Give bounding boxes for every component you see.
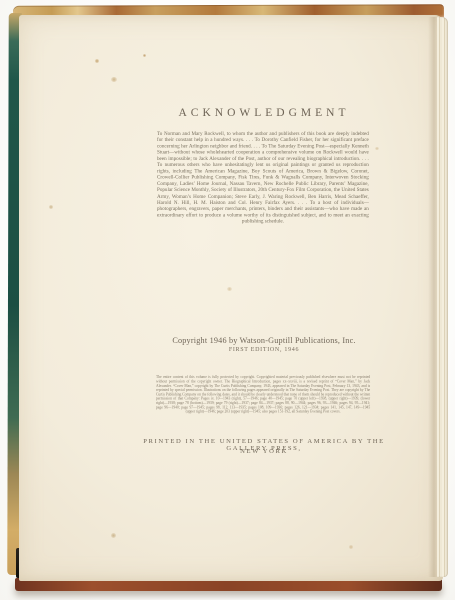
fine-print-text: The entire content of this volume is ful…	[156, 375, 370, 414]
foxing-spot	[227, 287, 232, 291]
foxing-spot	[375, 147, 379, 150]
copyright-line: Copyright 1946 by Watson-Guptill Publica…	[142, 336, 386, 345]
foxing-spot	[111, 77, 117, 82]
acknowledgment-heading: ACKNOWLEDGMENT	[152, 107, 376, 119]
book-page	[19, 15, 443, 581]
copyright-fine-print: The entire content of this volume is ful…	[156, 375, 370, 431]
book-photo: ACKNOWLEDGMENT To Norman and Mary Rockwe…	[0, 0, 455, 600]
foxing-spot	[143, 54, 146, 57]
acknowledgment-paragraph: To Norman and Mary Rockwell, to whom the…	[157, 130, 369, 222]
foxing-spot	[49, 205, 53, 209]
printed-city-line: NEW YORK	[142, 448, 386, 455]
foxing-spot	[349, 545, 353, 549]
page-edges-right	[437, 17, 448, 577]
foxing-spot	[111, 533, 116, 538]
edition-line: FIRST EDITION, 1946	[142, 347, 386, 353]
acknowledgment-text: To Norman and Mary Rockwell, to whom the…	[157, 130, 369, 224]
foxing-spot	[95, 59, 99, 63]
